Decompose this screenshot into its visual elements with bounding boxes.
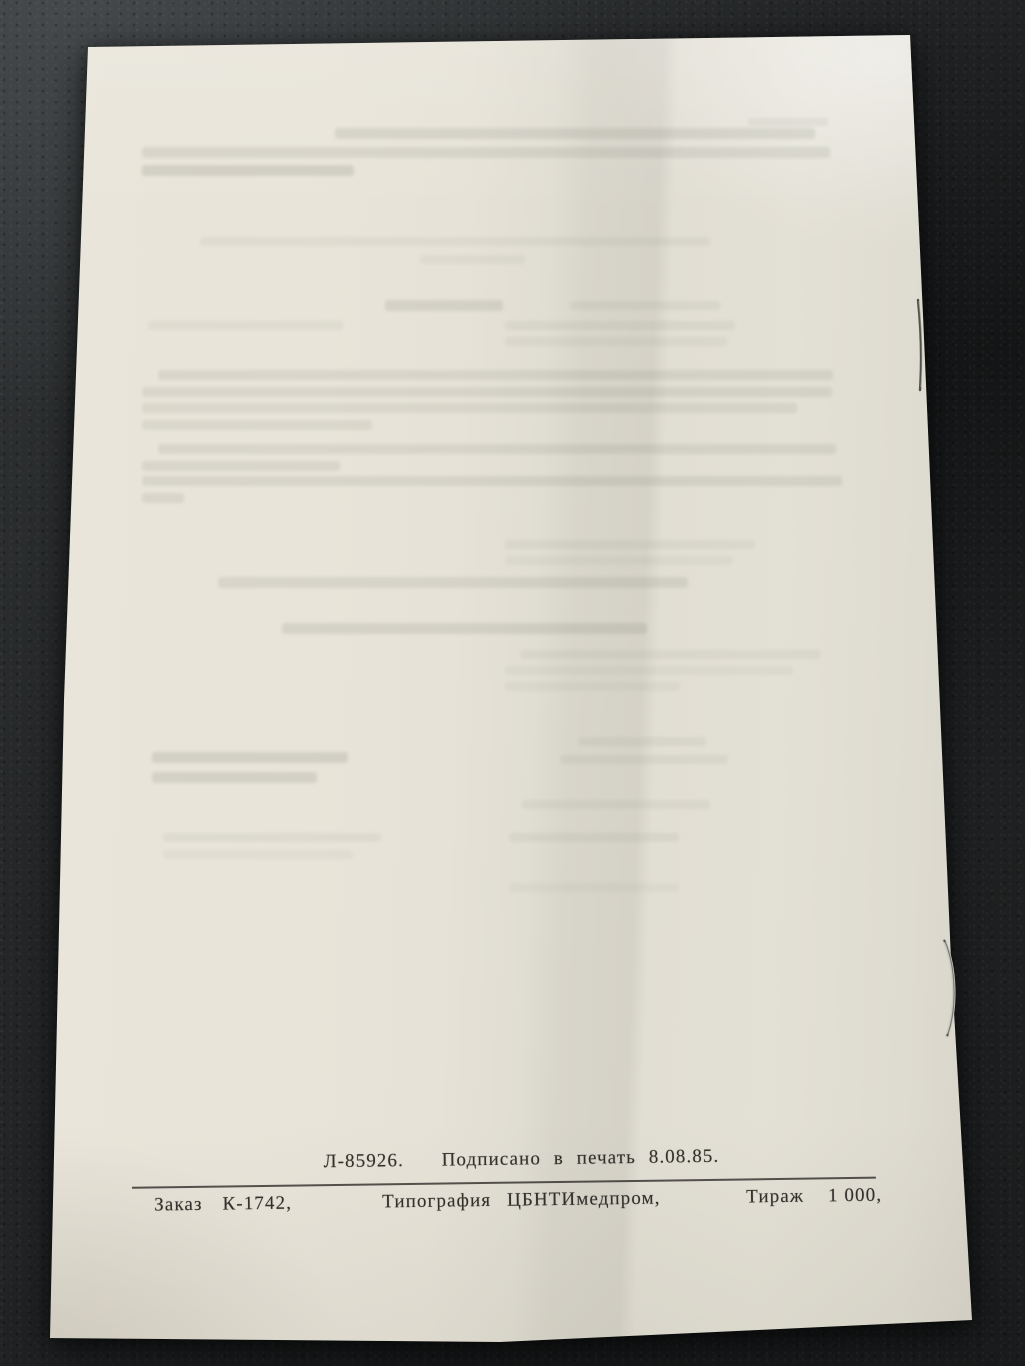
photo-backdrop: Л-85926. Подписано в печать 8.08.85. Зак… bbox=[0, 0, 1025, 1366]
bleedthrough-line bbox=[142, 493, 184, 503]
printer-label: Типография bbox=[382, 1190, 491, 1212]
bleedthrough-line bbox=[152, 772, 317, 783]
bleedthrough-line bbox=[158, 444, 836, 454]
bleedthrough-line bbox=[570, 301, 720, 310]
page-shadow-wrap: Л-85926. Подписано в печать 8.08.85. Зак… bbox=[0, 0, 1025, 1366]
printer-value: ЦБНТИмедпром, bbox=[507, 1188, 661, 1211]
bleedthrough-line bbox=[163, 833, 381, 842]
circulation-label: Тираж bbox=[746, 1186, 804, 1208]
bleedthrough-line bbox=[505, 337, 727, 346]
order-number: ЗаказК-1742, bbox=[154, 1193, 292, 1217]
colophon: Л-85926. Подписано в печать 8.08.85. Зак… bbox=[118, 1144, 881, 1225]
order-label: Заказ bbox=[154, 1194, 203, 1216]
printing-house: ТипографияЦБНТИмедпром, bbox=[382, 1188, 661, 1214]
bleedthrough-line bbox=[152, 752, 348, 763]
bleedthrough-line bbox=[200, 237, 710, 246]
bleedthrough-line bbox=[335, 128, 815, 139]
bleedthrough-line bbox=[560, 755, 728, 764]
signed-to-print-date: Подписано в печать 8.08.85. bbox=[441, 1146, 719, 1172]
bleedthrough-line bbox=[578, 737, 706, 746]
order-value: К-1742, bbox=[222, 1193, 292, 1215]
bleedthrough-line bbox=[282, 623, 647, 634]
bleedthrough-line bbox=[142, 403, 797, 413]
bleedthrough-line bbox=[142, 461, 340, 471]
bleedthrough-line bbox=[218, 577, 688, 588]
bleedthrough-line bbox=[509, 833, 679, 842]
bleedthrough-line bbox=[385, 300, 503, 311]
bleedthrough-line bbox=[520, 650, 820, 659]
bleedthrough-line bbox=[142, 476, 842, 486]
bleedthrough-line bbox=[142, 387, 832, 397]
bleedthrough-line bbox=[142, 420, 372, 430]
bleedthrough-line bbox=[505, 666, 793, 675]
bleedthrough-line bbox=[509, 883, 679, 892]
print-code: Л-85926. bbox=[323, 1150, 404, 1173]
bleedthrough-line bbox=[420, 255, 525, 264]
bleedthrough-line bbox=[163, 850, 353, 859]
bleedthrough-line bbox=[158, 370, 833, 380]
bleedthrough-line bbox=[505, 556, 733, 565]
bleedthrough-line bbox=[148, 321, 343, 330]
bleedthrough-line bbox=[505, 540, 755, 549]
bleedthrough-line bbox=[505, 682, 680, 691]
bleedthrough-line bbox=[748, 118, 828, 126]
bleedthrough-line bbox=[142, 165, 354, 176]
staple-top bbox=[913, 297, 927, 395]
staple-bottom bbox=[940, 936, 962, 1042]
circulation: Тираж1 000, bbox=[746, 1185, 882, 1209]
circulation-value: 1 000, bbox=[828, 1185, 882, 1207]
bleedthrough-line bbox=[522, 800, 710, 809]
bleedthrough-line bbox=[142, 147, 830, 158]
booklet-back-page: Л-85926. Подписано в печать 8.08.85. Зак… bbox=[0, 0, 1025, 1366]
bleedthrough-line bbox=[505, 321, 735, 330]
